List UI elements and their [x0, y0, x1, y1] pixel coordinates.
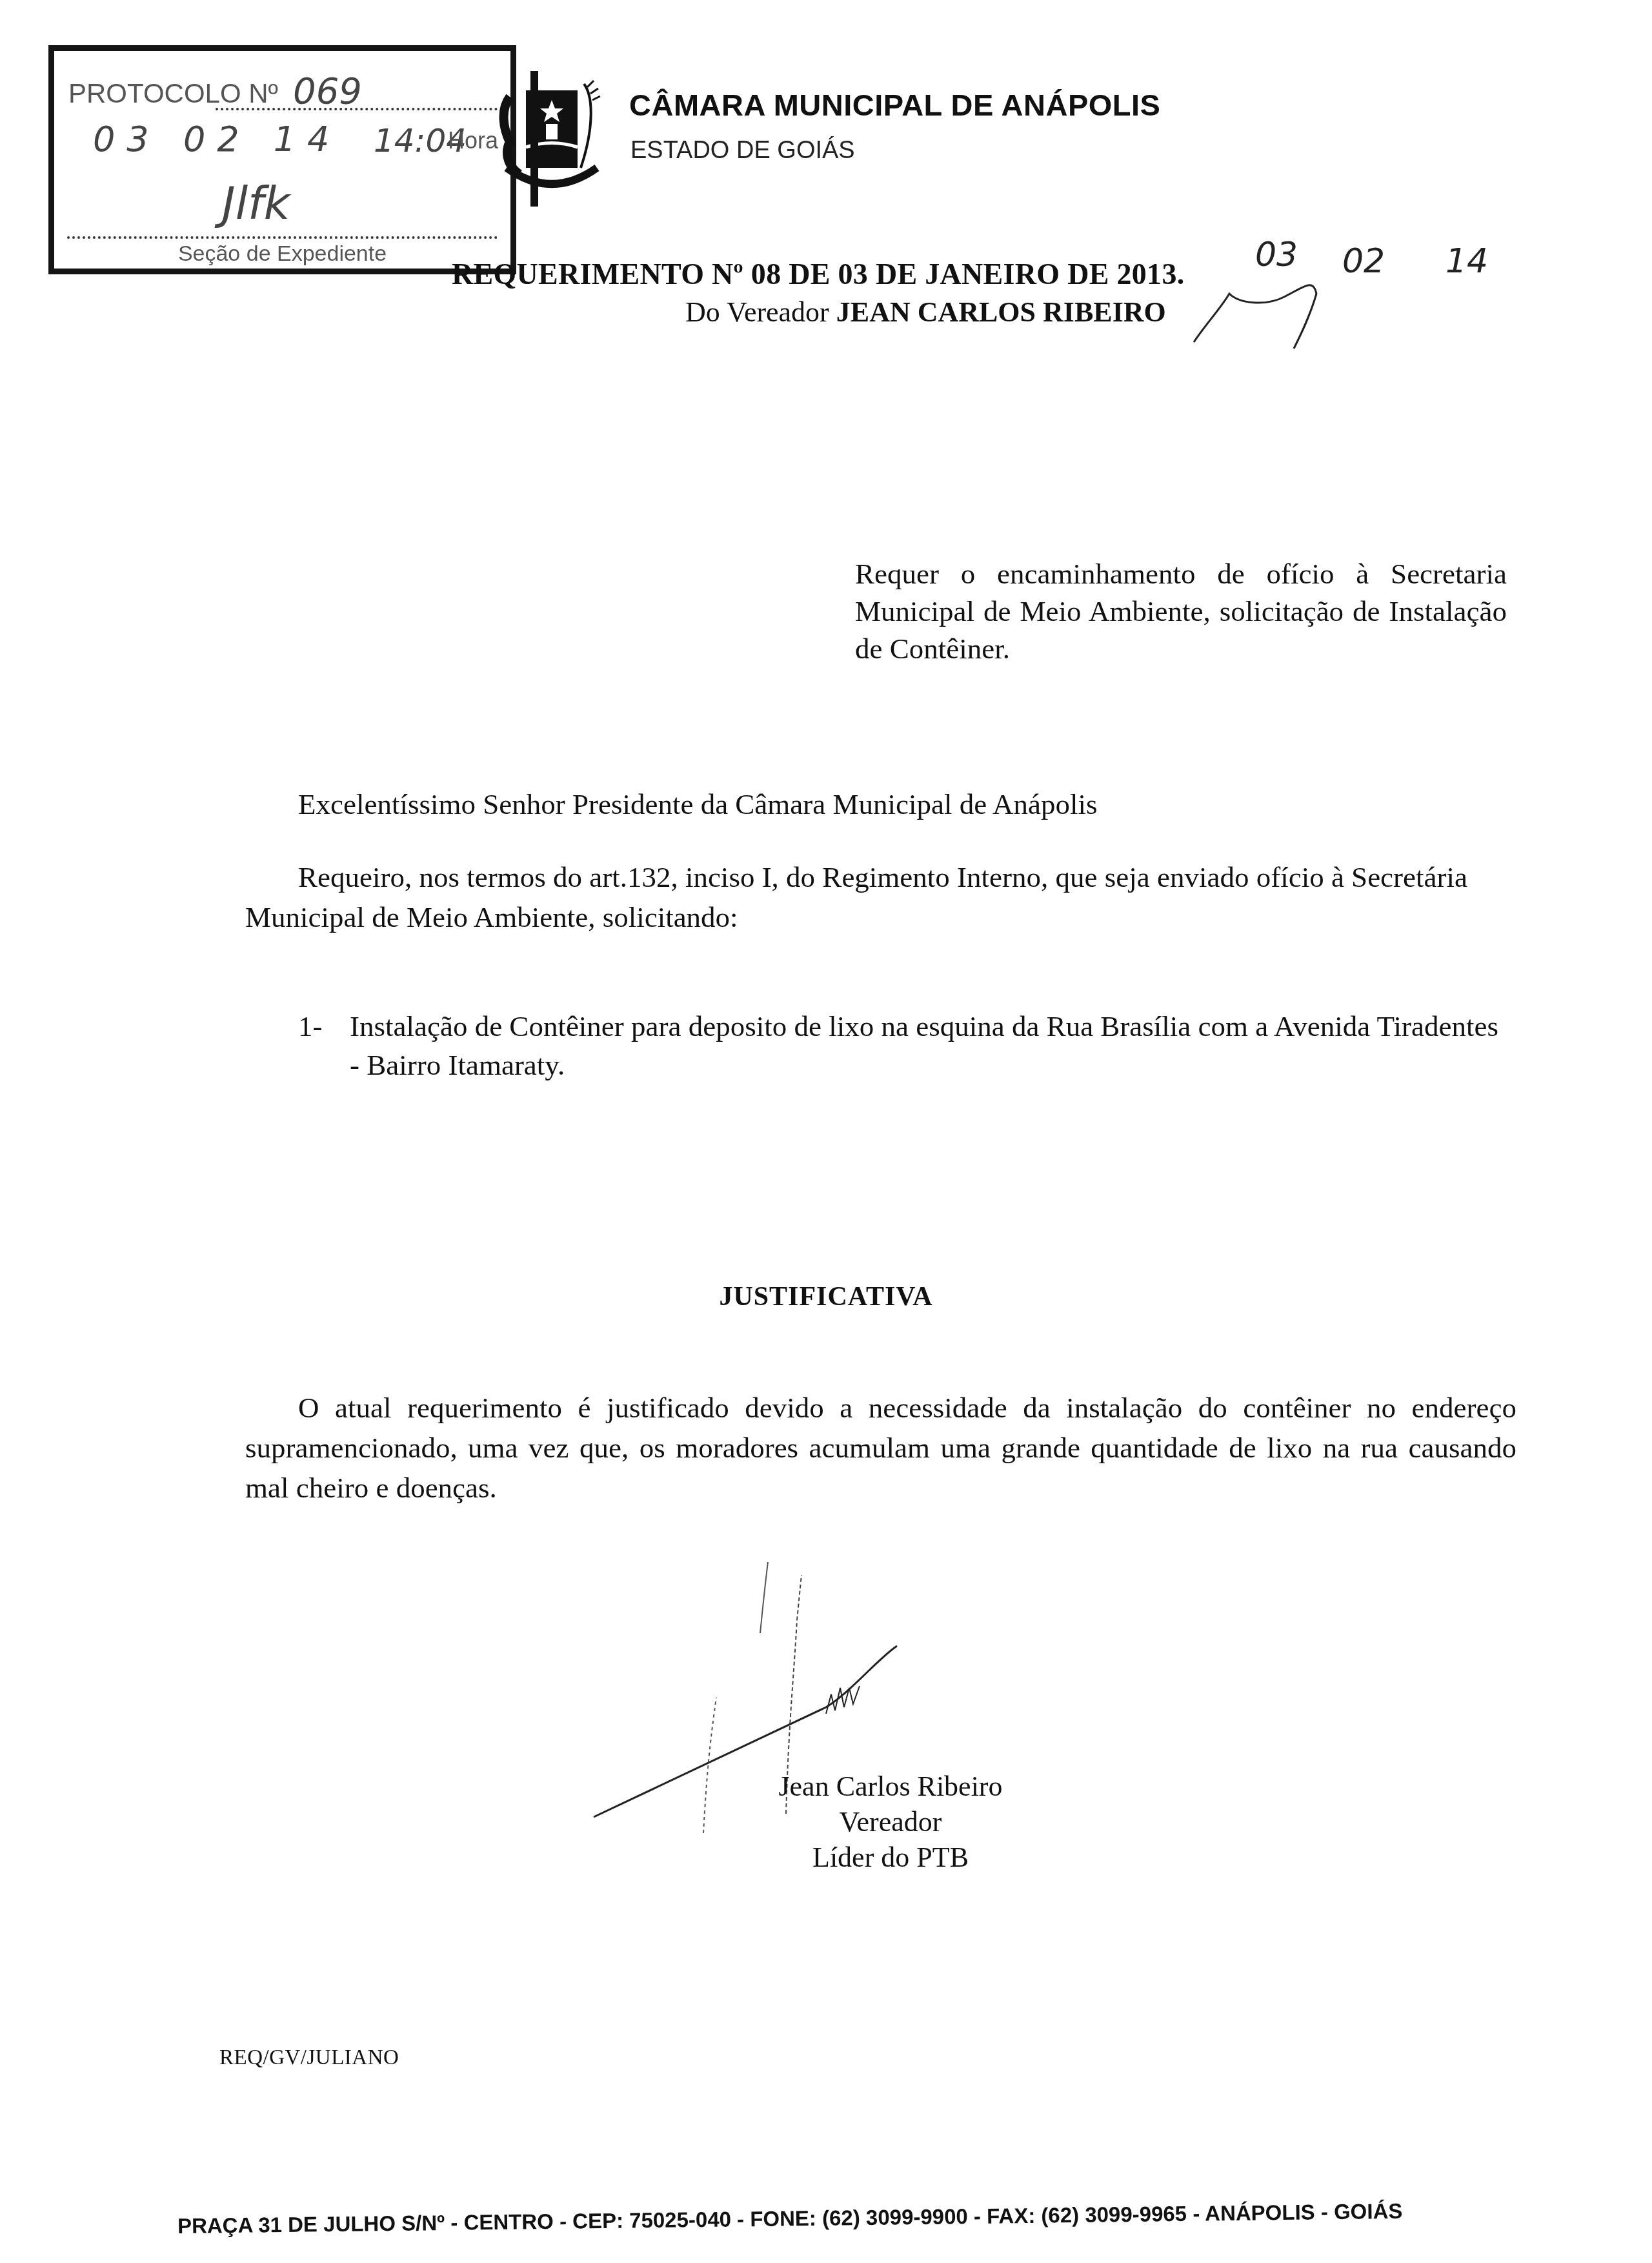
stamp-label-top: PROTOCOLO Nº	[68, 78, 278, 109]
stamp-label-bottom: Seção de Expediente	[54, 241, 510, 267]
document-reference: REQ/GV/JULIANO	[219, 2046, 399, 2070]
justification-title: JUSTIFICATIVA	[0, 1281, 1652, 1312]
initials-scribble-icon	[1187, 258, 1368, 355]
footer-address: PRAÇA 31 DE JULHO S/Nº - CENTRO - CEP: 7…	[177, 2199, 1403, 2238]
handwritten-year: 14	[1445, 242, 1488, 281]
requirement-title: REQUERIMENTO Nº 08 DE 03 DE JANEIRO DE 2…	[452, 257, 1184, 291]
stamp-time-label: Hora	[448, 127, 498, 154]
institution-name: CÂMARA MUNICIPAL DE ANÁPOLIS	[629, 87, 1160, 123]
stamp-divider	[67, 236, 498, 239]
list-item-number: 1-	[298, 1007, 323, 1046]
author-name: JEAN CARLOS RIBEIRO	[836, 296, 1166, 328]
coat-of-arms-icon	[497, 71, 607, 207]
signer-role: Vereador	[697, 1804, 1084, 1840]
stamp-protocol-number: 069	[293, 70, 362, 112]
protocol-stamp: PROTOCOLO Nº 069 03 02 14 14:04 Hora Jlf…	[48, 45, 516, 274]
signature-block: Jean Carlos Ribeiro Vereador Líder do PT…	[697, 1769, 1084, 1875]
state-name: ESTADO DE GOIÁS	[630, 137, 855, 165]
stamp-divider	[216, 108, 498, 110]
list-item-text: Instalação de Contêiner para deposito de…	[350, 1007, 1511, 1084]
signer-party-role: Líder do PTB	[697, 1840, 1084, 1875]
stamp-signature: Jlfk	[222, 177, 290, 230]
justification-text: O atual requerimento é justificado devid…	[245, 1388, 1516, 1508]
signer-name: Jean Carlos Ribeiro	[697, 1769, 1084, 1804]
summary-text: Requer o encaminhamento de ofício à Secr…	[855, 555, 1507, 667]
salutation: Excelentíssimo Senhor Presidente da Câma…	[298, 787, 1097, 821]
author-prefix: Do Vereador	[685, 296, 829, 328]
requirement-author: Do Vereador JEAN CARLOS RIBEIRO	[685, 296, 1166, 329]
body-paragraph: Requeiro, nos termos do art.132, inciso …	[245, 857, 1516, 937]
stamp-date: 03 02 14	[93, 119, 341, 159]
